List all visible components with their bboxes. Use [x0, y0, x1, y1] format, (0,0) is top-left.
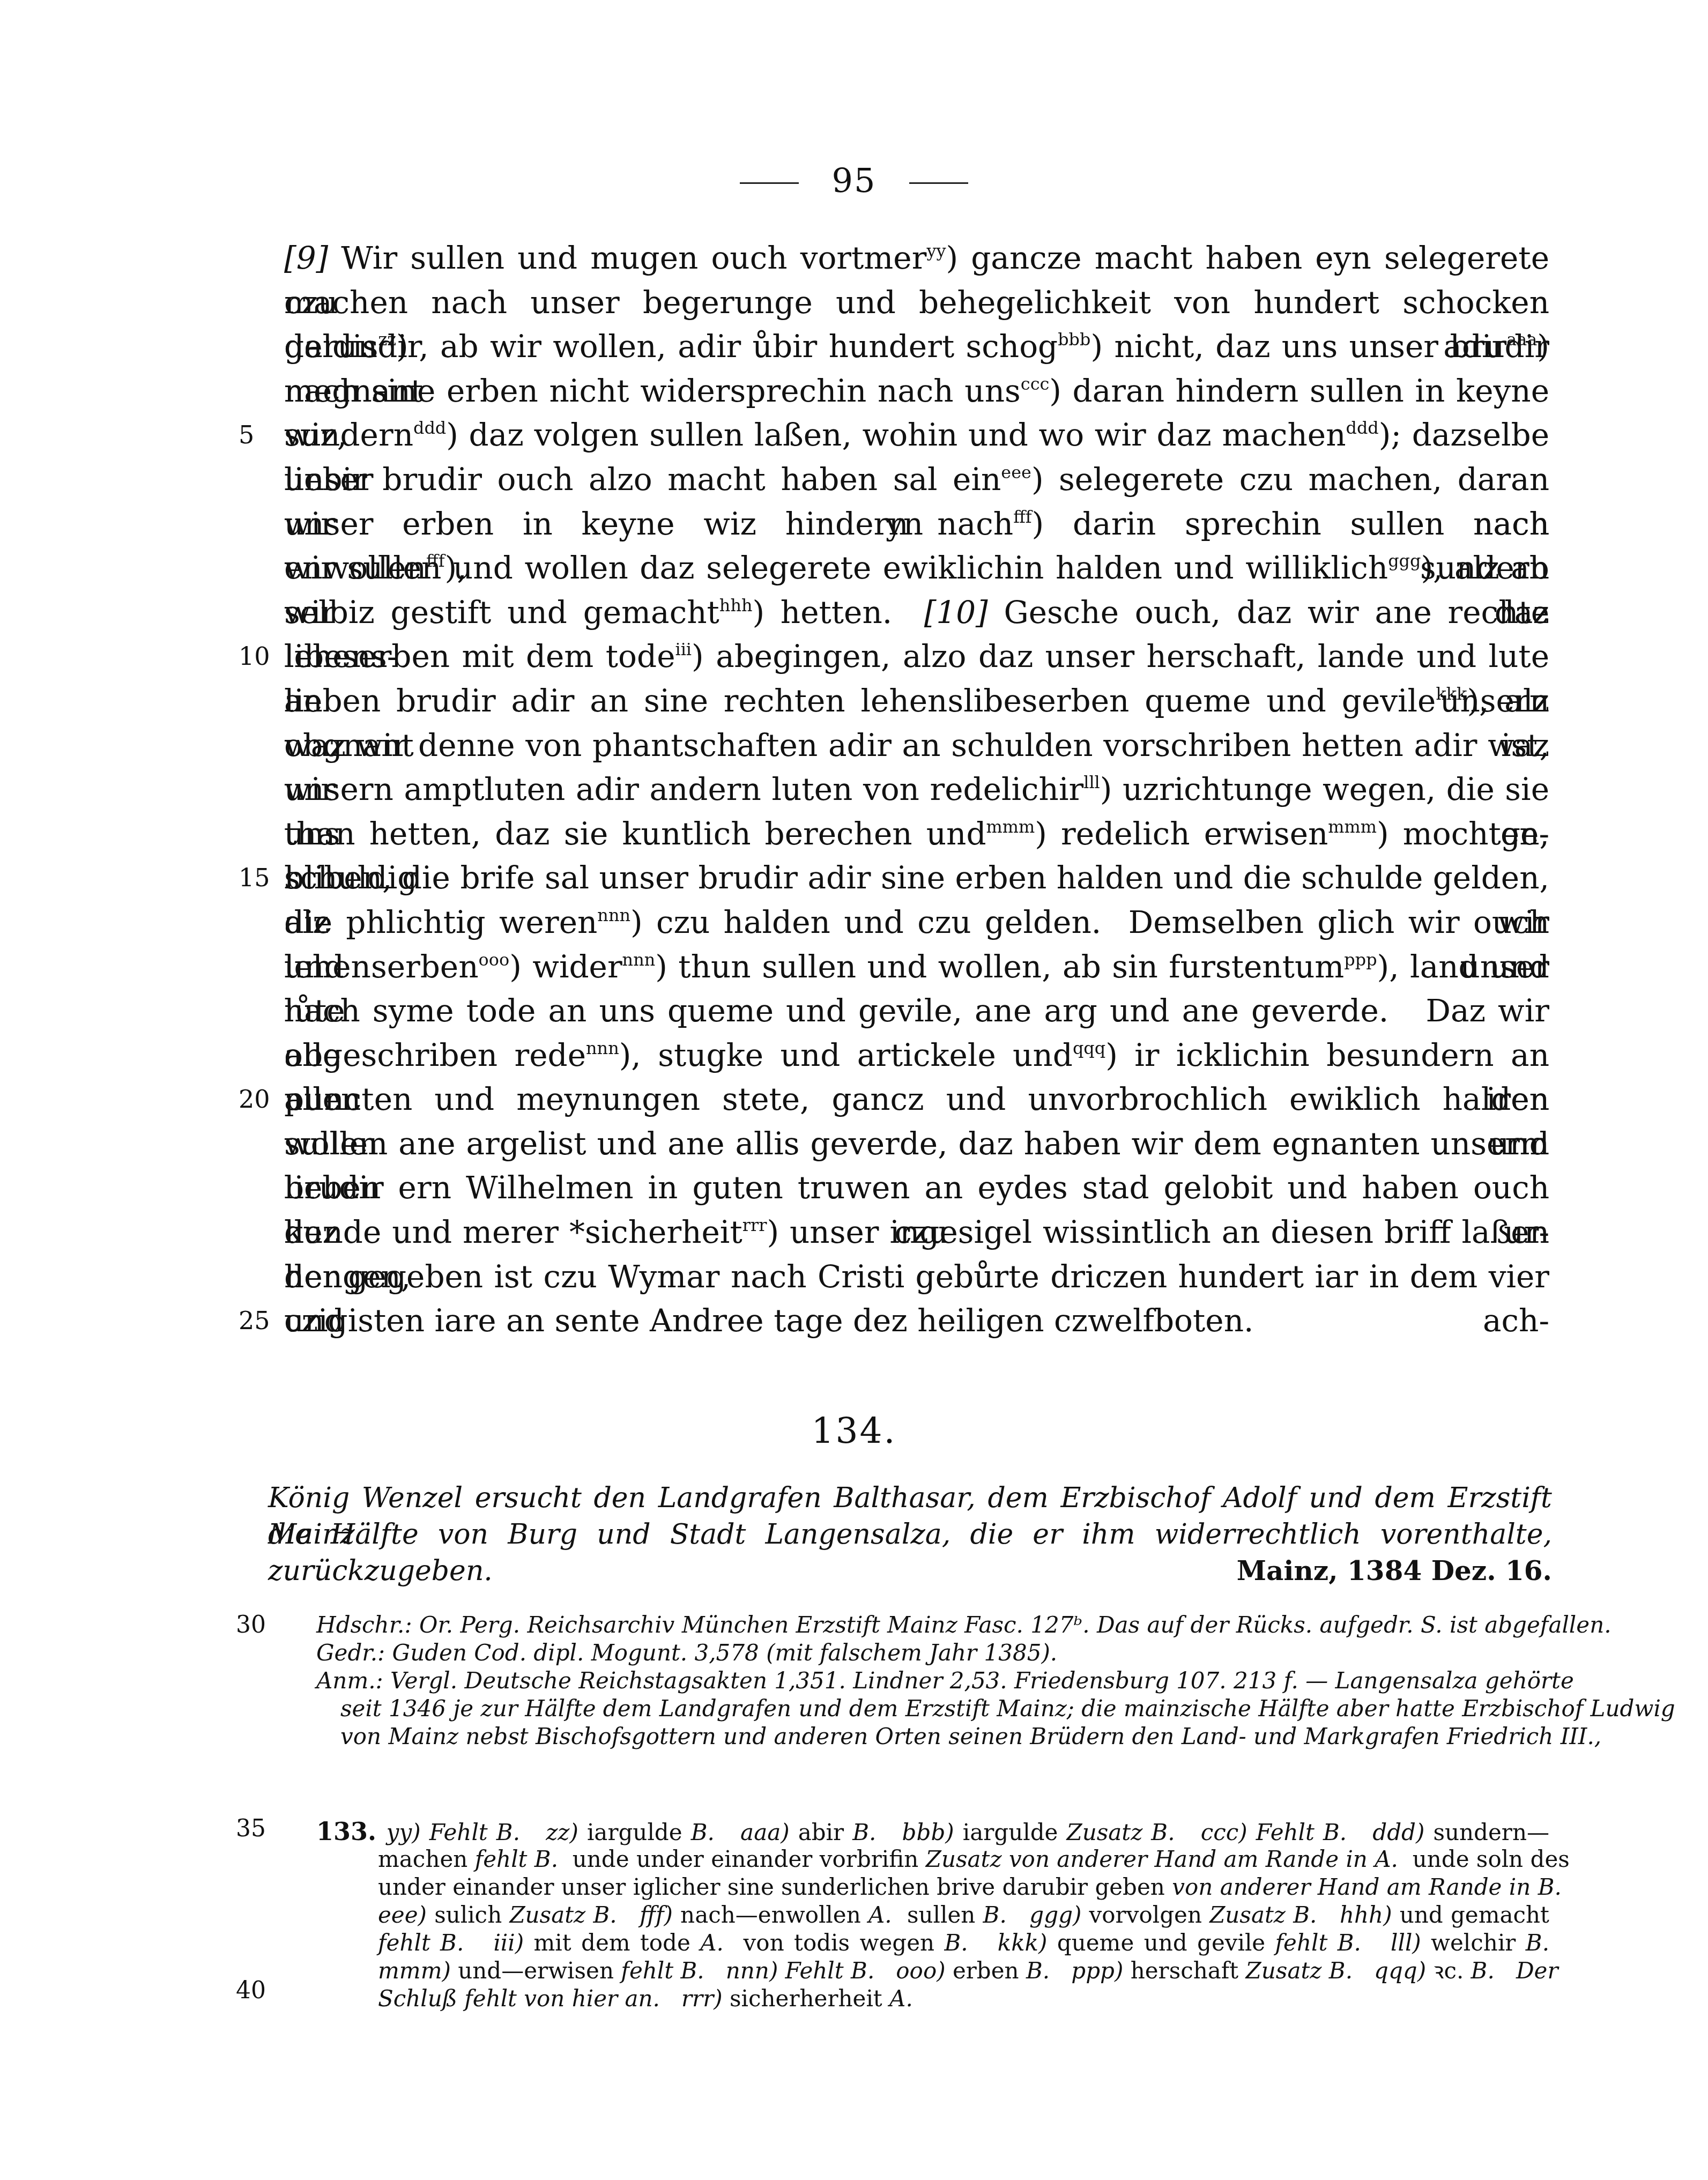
- margin-line-number: 40: [236, 1977, 266, 2004]
- summary-line: die Hälfte von Burg und Stadt Langensalz…: [268, 1516, 1552, 1553]
- text-line: darundir, ab wir wollen, adir ůbir hunde…: [284, 324, 1549, 369]
- note-line: fehlt B. iii) mit dem tode A. von todis …: [378, 1929, 1549, 1957]
- text-line: kunde und merer *sicherheitrrr) unser in…: [284, 1210, 1549, 1255]
- text-line: [9] Wir sullen und mugen ouch vortmeryy)…: [284, 236, 1549, 280]
- text-line: unsern amptluten adir andern luten von r…: [284, 767, 1549, 812]
- text-line: than hetten, daz sie kuntlich berechen u…: [284, 812, 1549, 856]
- line-text: czigisten iare an sente Andree tage dez …: [284, 1299, 1549, 1343]
- text-line: wir sullen und wollen daz selegerete ewi…: [284, 546, 1549, 590]
- line-text: nach sine erben nicht widersprechin nach…: [284, 369, 1549, 413]
- line-number: 20: [239, 1077, 271, 1122]
- header-rule-right: [909, 182, 968, 184]
- note-document-ref: 133.: [316, 1817, 387, 1846]
- text-line: lehenserbenooo) widernnn) thun sullen un…: [284, 945, 1549, 989]
- text-line: 25czigisten iare an sente Andree tage de…: [284, 1299, 1549, 1343]
- document-number: 134.: [0, 1410, 1708, 1451]
- line-text: brudir ern Wilhelmen in guten truwen an …: [284, 1166, 1549, 1210]
- text-line: machen nach unser begerunge und behegeli…: [284, 280, 1549, 325]
- text-line: die phlichtig werennnn) czu halden und c…: [284, 900, 1549, 945]
- text-line: nach syme tode an uns queme und gevile, …: [284, 989, 1549, 1033]
- margin-line-number: 35: [236, 1815, 266, 1842]
- line-text: libeserben mit dem todeiii) abegingen, a…: [284, 634, 1549, 679]
- text-line: brudir ern Wilhelmen in guten truwen an …: [284, 1166, 1549, 1210]
- line-text: unser erben in keyne wiz hindern nachfff…: [284, 502, 1549, 546]
- text-line: selbiz gestift und gemachthhh) hetten. […: [284, 590, 1549, 635]
- summary-line: König Wenzel ersucht den Landgrafen Balt…: [268, 1480, 1552, 1516]
- text-line: obgeschriben redennn), stugke und artick…: [284, 1033, 1549, 1078]
- margin-line-number: 30: [236, 1611, 266, 1638]
- line-text: lehenserbenooo) widernnn) thun sullen un…: [284, 945, 1549, 989]
- line-text: bliben, die brife sal unser brudir adir …: [284, 856, 1549, 900]
- note-line: under einander unser iglicher sine sunde…: [378, 1873, 1549, 1901]
- line-text: selbiz gestift und gemachthhh) hetten. […: [284, 590, 1549, 635]
- note-line: machen fehlt B. unde under einander vorb…: [378, 1845, 1549, 1873]
- line-text: nach syme tode an uns queme und gevile, …: [284, 989, 1549, 1033]
- line-number: 10: [239, 634, 271, 679]
- apparatus-line: Gedr.: Guden Cod. dipl. Mogunt. 3,578 (m…: [316, 1639, 1549, 1667]
- note-line: Schluß fehlt von hier an. rrr) sicherher…: [378, 1985, 1549, 2013]
- note-line: 133. yy) Fehlt B. zz) iargulde B. aaa) a…: [316, 1818, 1549, 1845]
- text-line: der gegeben ist czu Wymar nach Cristi ge…: [284, 1255, 1549, 1299]
- line-number: 5: [239, 413, 271, 457]
- line-text: wir sullen und wollen daz selegerete ewi…: [284, 546, 1549, 590]
- text-line: nach sine erben nicht widersprechin nach…: [284, 369, 1549, 413]
- text-line: unser erben in keyne wiz hindern nachfff…: [284, 502, 1549, 546]
- text-line: 20puncten und meynungen stete, gancz und…: [284, 1077, 1549, 1122]
- line-text: sundernddd) daz volgen sullen laßen, woh…: [284, 413, 1549, 457]
- line-text: waz wir denne von phantschaften adir an …: [284, 723, 1549, 768]
- text-line: 5sundernddd) daz volgen sullen laßen, wo…: [284, 413, 1549, 457]
- line-text: darundir, ab wir wollen, adir ůbir hunde…: [284, 324, 1549, 369]
- note-line: mmm) und—erwisen fehlt B. nnn) Fehlt B. …: [378, 1957, 1549, 1985]
- apparatus-line: von Mainz nebst Bischofsgottern und ande…: [340, 1723, 1549, 1751]
- line-text: kunde und merer *sicherheitrrr) unser in…: [284, 1210, 1549, 1255]
- line-number: 25: [239, 1299, 271, 1343]
- source-apparatus: 30 Hdschr.: Or. Perg. Reichsarchiv Münch…: [316, 1611, 1549, 1751]
- text-line: liebir brudir ouch alzo macht haben sal …: [284, 457, 1549, 502]
- line-text: liebir brudir ouch alzo macht haben sal …: [284, 457, 1549, 502]
- line-text: [9] Wir sullen und mugen ouch vortmeryy)…: [284, 236, 1549, 280]
- line-number: 15: [239, 856, 271, 900]
- page-header: 95: [0, 161, 1708, 200]
- apparatus-line: Hdschr.: Or. Perg. Reichsarchiv München …: [316, 1611, 1549, 1639]
- text-line: wollen ane argelist und ane allis geverd…: [284, 1122, 1549, 1166]
- line-text: lieben brudir adir an sine rechten lehen…: [284, 679, 1549, 723]
- textual-notes: 35 40 133. yy) Fehlt B. zz) iargulde B. …: [316, 1818, 1549, 2013]
- line-text: unsern amptluten adir andern luten von r…: [284, 767, 1549, 812]
- line-text: die phlichtig werennnn) czu halden und c…: [284, 900, 1549, 945]
- document-body-text: [9] Wir sullen und mugen ouch vortmeryy)…: [284, 236, 1549, 1343]
- line-text: wollen ane argelist und ane allis geverd…: [284, 1122, 1549, 1166]
- text-line: lieben brudir adir an sine rechten lehen…: [284, 679, 1549, 723]
- header-rule-left: [740, 182, 799, 184]
- document-summary: König Wenzel ersucht den Landgrafen Balt…: [268, 1480, 1552, 1589]
- line-text: obgeschriben redennn), stugke und artick…: [284, 1033, 1549, 1078]
- apparatus-line: Anm.: Vergl. Deutsche Reichstagsakten 1,…: [316, 1667, 1549, 1695]
- line-text: puncten und meynungen stete, gancz und u…: [284, 1077, 1549, 1122]
- line-text: than hetten, daz sie kuntlich berechen u…: [284, 812, 1549, 856]
- text-line: 15bliben, die brife sal unser brudir adi…: [284, 856, 1549, 900]
- apparatus-line: seit 1346 je zur Hälfte dem Landgrafen u…: [340, 1695, 1549, 1723]
- note-line: eee) sulich Zusatz B. fff) nach—enwollen…: [378, 1901, 1549, 1929]
- line-text: der gegeben ist czu Wymar nach Cristi ge…: [284, 1255, 1549, 1299]
- text-line: waz wir denne von phantschaften adir an …: [284, 723, 1549, 768]
- page-number: 95: [832, 161, 877, 200]
- text-line: 10libeserben mit dem todeiii) abegingen,…: [284, 634, 1549, 679]
- line-text: machen nach unser begerunge und behegeli…: [284, 280, 1549, 325]
